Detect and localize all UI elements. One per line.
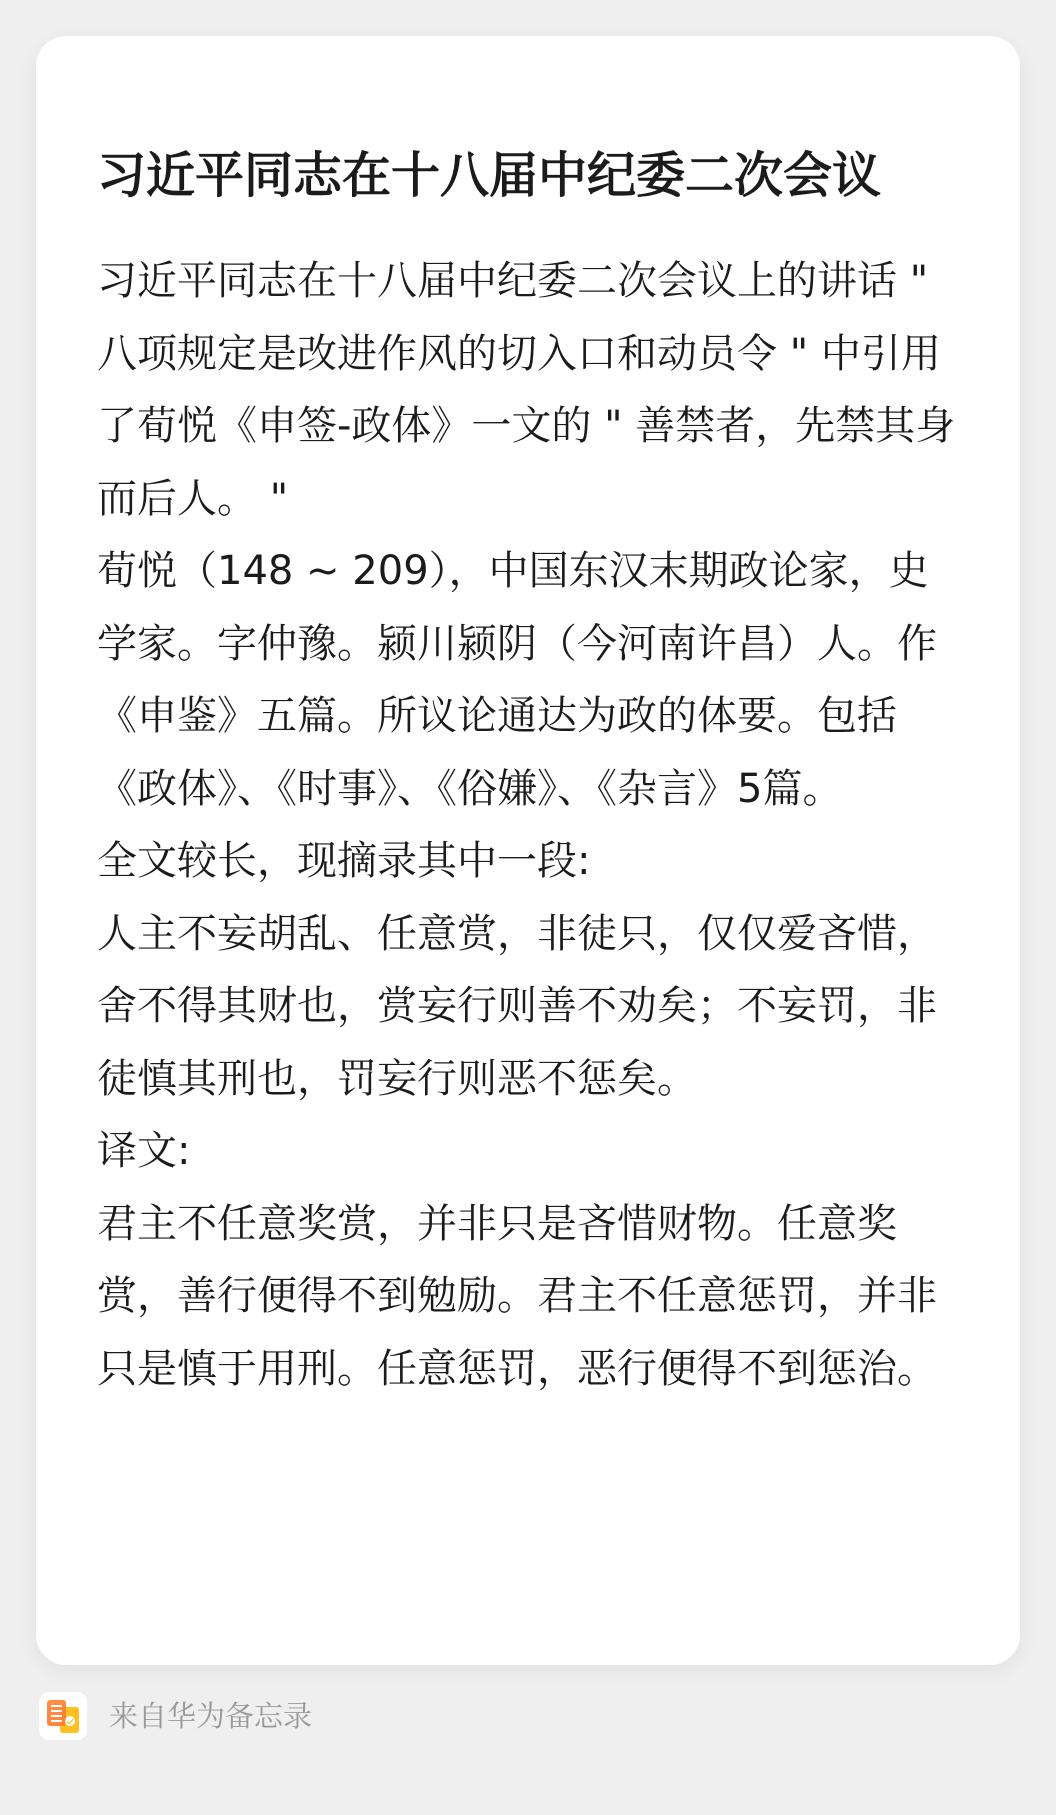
note-body: 习近平同志在十八届中纪委二次会议上的讲话 " 八项规定是改进作风的切入口和动员令… [97, 245, 960, 1405]
note-card: 习近平同志在十八届中纪委二次会议 习近平同志在十八届中纪委二次会议上的讲话 " … [36, 36, 1020, 1665]
source-footer: 来自华为备忘录 [39, 1692, 312, 1740]
notepad-app-icon [39, 1692, 87, 1740]
note-paragraph-intro: 习近平同志在十八届中纪委二次会议上的讲话 " 八项规定是改进作风的切入口和动员令… [97, 245, 960, 535]
note-paragraph-translation: 君主不任意奖赏，并非只是吝惜财物。任意奖赏，善行便得不到勉励。君主不任意惩罚，并… [97, 1188, 960, 1406]
note-paragraph-biography: 荀悦（148 ~ 209），中国东汉末期政论家，史学家。字仲豫。颍川颍阴（今河南… [97, 535, 960, 825]
note-paragraph-translation-label: 译文: [97, 1115, 960, 1188]
note-paragraph-excerpt: 人主不妄胡乱、任意赏，非徒只，仅仅爱吝惜，舍不得其财也，赏妄行则善不劝矣；不妄罚… [97, 898, 960, 1116]
source-label: 来自华为备忘录 [109, 1692, 312, 1740]
check-icon [65, 1716, 75, 1726]
notepad-front-page-icon [47, 1700, 66, 1726]
note-title: 习近平同志在十八届中纪委二次会议 [97, 144, 960, 208]
note-paragraph-excerpt-label: 全文较长，现摘录其中一段: [97, 825, 960, 898]
